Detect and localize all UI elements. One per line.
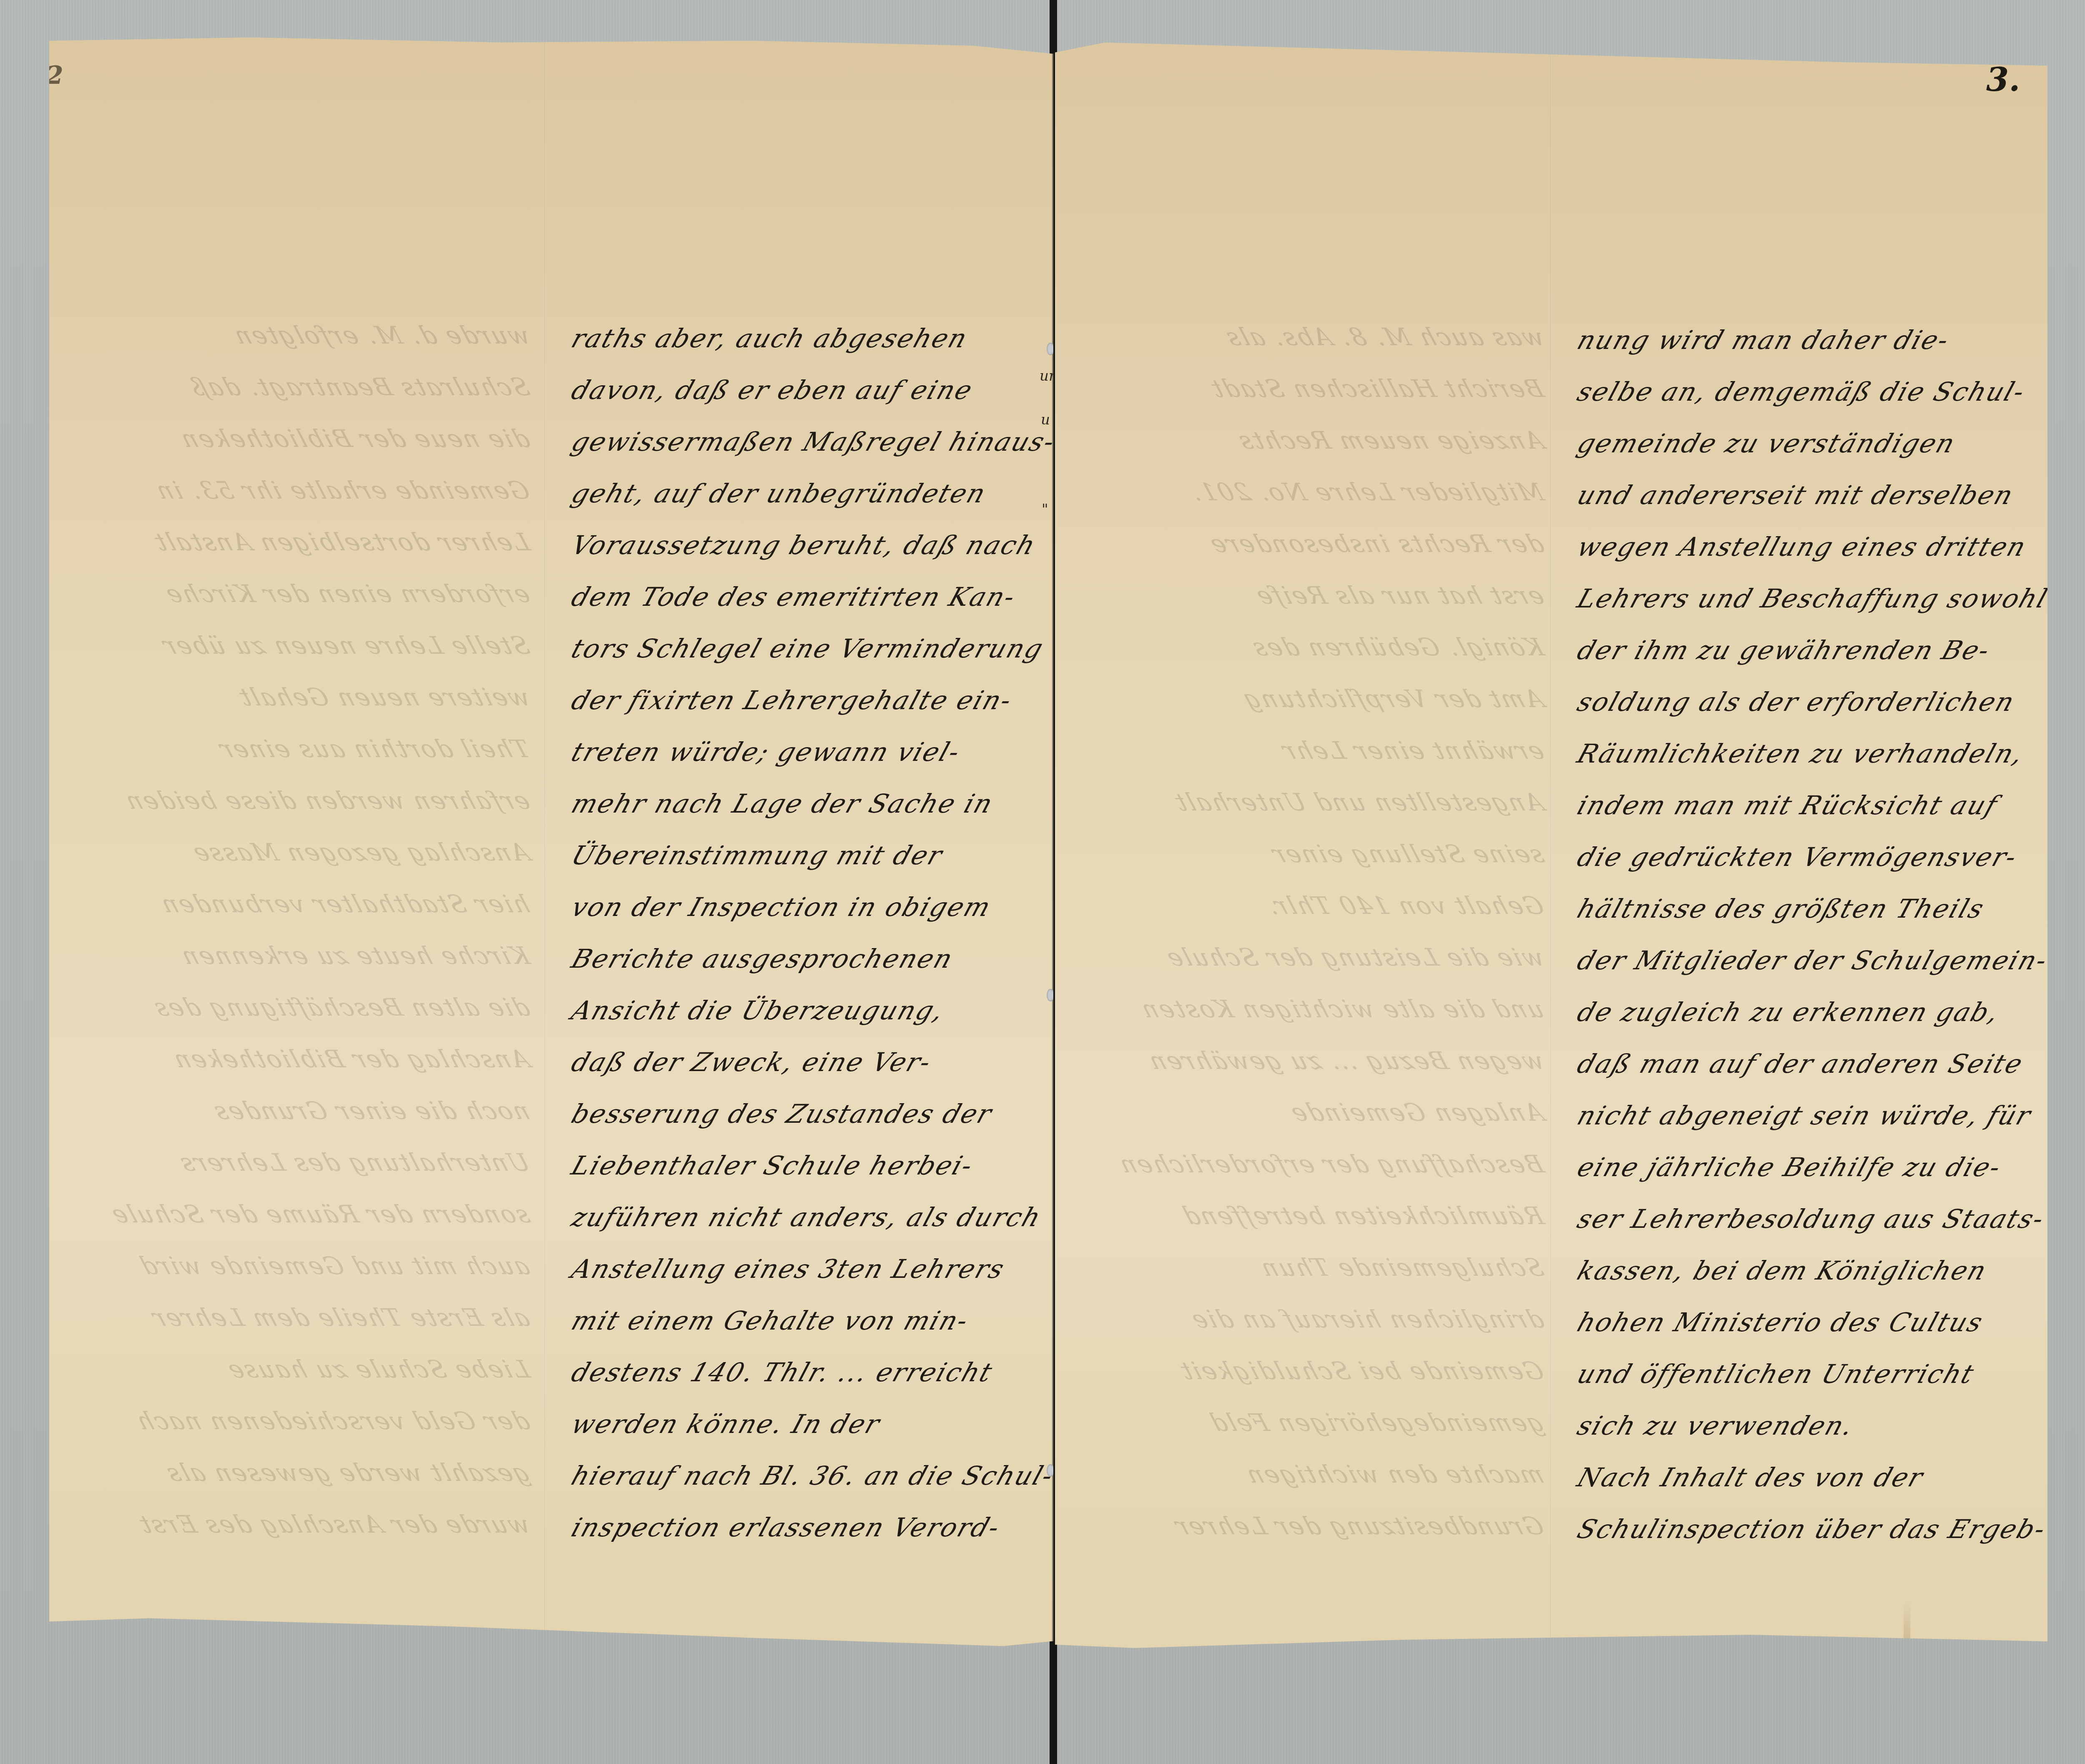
text-line: Schulinspection über das Ergeb-	[1570, 1503, 2054, 1555]
text-line: inspection erlassenen Verord-	[564, 1502, 1060, 1553]
text-line: gemeinde zu verständigen	[1570, 418, 2054, 469]
text-line: sich zu verwenden.	[1570, 1400, 2054, 1452]
text-line: hältnisse des größten Theils	[1570, 883, 2054, 935]
text-line: Anstellung eines 3ten Lehrers	[564, 1243, 1060, 1295]
text-line: treten würde; gewann viel-	[564, 726, 1060, 778]
text-line: von der Inspection in obigem	[564, 881, 1060, 933]
margin-annotation: u	[1041, 412, 1050, 428]
text-line: selbe an, demgemäß die Schul-	[1570, 366, 2054, 418]
right-page-fold-line	[1550, 36, 1551, 1691]
right-page-text-column: nung wird man daher die- selbe an, demge…	[1578, 314, 2045, 1555]
text-line: raths aber, auch abgesehen	[564, 313, 1060, 364]
text-line: destens 140. Thlr. ... erreicht	[564, 1347, 1060, 1398]
text-line: Übereinstimmung mit der	[564, 830, 1060, 881]
text-line: tors Schlegel eine Verminderung	[564, 623, 1060, 675]
right-page: 3. was auch M. 8. Abs. als Bericht Halli…	[1055, 36, 2047, 1691]
text-line: Ansicht die Überzeugung,	[564, 985, 1060, 1036]
text-line: hohen Ministerio des Cultus	[1570, 1297, 2054, 1348]
text-line: die gedrückten Vermögensver-	[1570, 831, 2054, 883]
text-line: kassen, bei dem Königlichen	[1570, 1245, 2054, 1297]
binding-hole	[1047, 989, 1054, 1001]
text-line: Lehrers und Beschaffung sowohl	[1570, 573, 2054, 625]
text-line: wegen Anstellung eines dritten	[1570, 521, 2054, 573]
page-number-right: 3.	[1986, 61, 2020, 99]
text-line: davon, daß er eben auf eine	[564, 364, 1060, 416]
text-line: Voraussetzung beruht, daß nach	[564, 519, 1060, 571]
text-line: der Mitglieder der Schulgemein-	[1570, 935, 2054, 986]
bleed-through-text-right-inner: was auch M. 8. Abs. als Bericht Hallisch…	[1076, 311, 1543, 1552]
text-line: der ihm zu gewährenden Be-	[1570, 625, 2054, 676]
text-line: Räumlichkeiten zu verhandeln,	[1570, 728, 2054, 780]
left-page: 2 wurde d. M. erfolgten Schulrats Beantr…	[49, 34, 1053, 1671]
left-page-text-column: raths aber, auch abgesehen davon, daß er…	[573, 313, 1052, 1553]
text-line: de zugleich zu erkennen gab,	[1570, 986, 2054, 1038]
binding-hole	[1047, 343, 1054, 355]
text-line: dem Tode des emeritirten Kan-	[564, 571, 1060, 623]
text-line: werden könne. In der	[564, 1398, 1060, 1450]
text-line: besserung des Zustandes der	[564, 1088, 1060, 1140]
text-line: ser Lehrerbesoldung aus Staats-	[1570, 1193, 2054, 1245]
text-line: mehr nach Lage der Sache in	[564, 778, 1060, 830]
text-line: gewissermaßen Maßregel hinaus-	[564, 416, 1060, 468]
left-page-fold-line	[545, 34, 545, 1671]
text-line: hierauf nach Bl. 36. an die Schul-	[564, 1450, 1060, 1502]
text-line: mit einem Gehalte von min-	[564, 1295, 1060, 1347]
text-line: der fixirten Lehrergehalte ein-	[564, 675, 1060, 726]
text-line: geht, auf der unbegründeten	[564, 468, 1060, 519]
text-line: Nach Inhalt des von der	[1570, 1452, 2054, 1503]
text-line: Liebenthaler Schule herbei-	[564, 1140, 1060, 1192]
text-line: nicht abgeneigt sein würde, für	[1570, 1090, 2054, 1142]
text-line: und öffentlichen Unterricht	[1570, 1348, 2054, 1400]
bleed-through-text-left-outer: wurde d. M. erfolgten Schulrats Beantrag…	[112, 309, 529, 1550]
text-line: nung wird man daher die-	[1570, 314, 2054, 366]
margin-annotation: "	[1042, 501, 1048, 518]
text-line: zuführen nicht anders, als durch	[564, 1192, 1060, 1243]
text-line: daß der Zweck, eine Ver-	[564, 1036, 1060, 1088]
text-line: eine jährliche Beihilfe zu die-	[1570, 1142, 2054, 1193]
text-line: soldung als der erforderlichen	[1570, 676, 2054, 728]
binding-hole	[1047, 1464, 1054, 1477]
text-line: daß man auf der anderen Seite	[1570, 1038, 2054, 1090]
text-line: und andererseit mit derselben	[1570, 469, 2054, 521]
text-line: Berichte ausgesprochenen	[564, 933, 1060, 985]
text-line: indem man mit Rücksicht auf	[1570, 780, 2054, 831]
